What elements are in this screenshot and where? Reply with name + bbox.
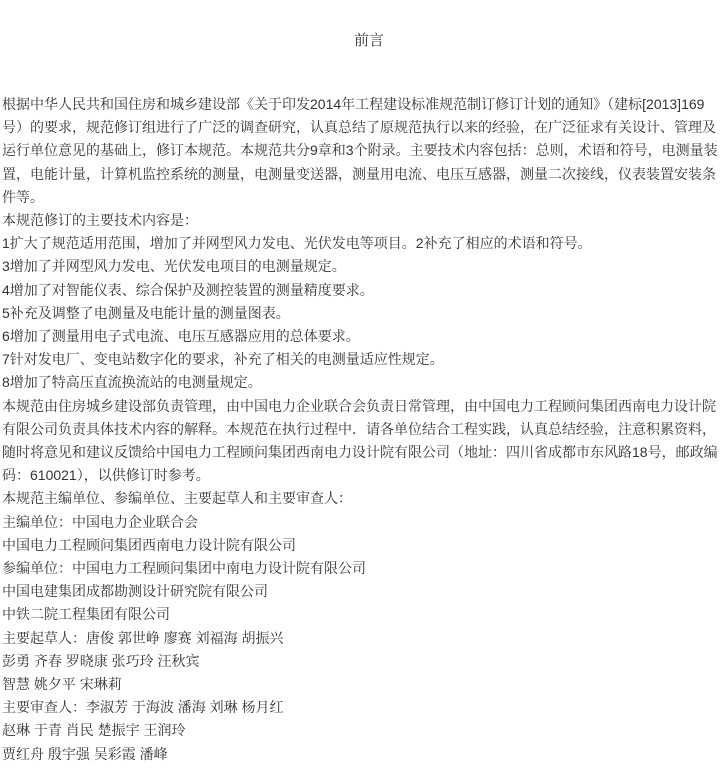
paragraph-revision-heading: 本规范修订的主要技术内容是： [2, 209, 719, 232]
preface-document-page: 前言 根据中华人民共和国住房和城乡建设部《关于印发2014年工程建设标准规范制订… [0, 0, 720, 784]
paragraph-reviewers: 主要审查人：李淑芳 于海波 潘海 刘琳 杨月红 [2, 696, 719, 719]
paragraph-editor-org: 中国电建集团成都勘测设计研究院有限公司 [2, 580, 719, 603]
paragraph-co-editor: 参编单位：中国电力工程顾问集团中南电力设计院有限公司 [2, 557, 719, 580]
paragraph-management: 本规范由住房城乡建设部负责管理，由中国电力企业联合会负责日常管理，由中国电力工程… [2, 395, 719, 488]
paragraph-revision-item: 6增加了测量用电子式电流、电压互感器应用的总体要求。 [2, 325, 719, 348]
paragraph-drafters: 智慧 姚夕平 宋琳莉 [2, 673, 719, 696]
paragraph-revision-item: 4增加了对智能仪表、综合保护及测控装置的测量精度要求。 [2, 279, 719, 302]
paragraph-revision-item: 1扩大了规范适用范围，增加了并网型风力发电、光伏发电等项目。2补充了相应的术语和… [2, 232, 719, 255]
paragraph-reviewers: 赵琳 于青 肖民 楚振宇 王润玲 [2, 719, 719, 742]
document-body: 根据中华人民共和国住房和城乡建设部《关于印发2014年工程建设标准规范制订修订计… [0, 93, 720, 766]
paragraph-revision-item: 7针对发电厂、变电站数字化的要求，补充了相关的电测量适应性规定。 [2, 348, 719, 371]
paragraph-intro: 根据中华人民共和国住房和城乡建设部《关于印发2014年工程建设标准规范制订修订计… [2, 93, 719, 209]
paragraph-revision-item: 5补充及调整了电测量及电能计量的测量图表。 [2, 302, 719, 325]
paragraph-reviewers: 贾红舟 殷宇强 吴彩霞 潘峰 [2, 743, 719, 766]
paragraph-credits-heading: 本规范主编单位、参编单位、主要起草人和主要审查人： [2, 487, 719, 510]
paragraph-revision-item: 8增加了特高压直流换流站的电测量规定。 [2, 371, 719, 394]
paragraph-drafters: 彭勇 齐春 罗晓康 张巧玲 汪秋宾 [2, 650, 719, 673]
paragraph-editor-org: 中国电力工程顾问集团西南电力设计院有限公司 [2, 534, 719, 557]
paragraph-editor-org: 中铁二院工程集团有限公司 [2, 603, 719, 626]
page-title: 前言 [0, 0, 720, 51]
paragraph-drafters: 主要起草人：唐俊 郭世峥 廖赛 刘福海 胡振兴 [2, 627, 719, 650]
paragraph-revision-item: 3增加了并网型风力发电、光伏发电项目的电测量规定。 [2, 255, 719, 278]
paragraph-chief-editor: 主编单位：中国电力企业联合会 [2, 511, 719, 534]
